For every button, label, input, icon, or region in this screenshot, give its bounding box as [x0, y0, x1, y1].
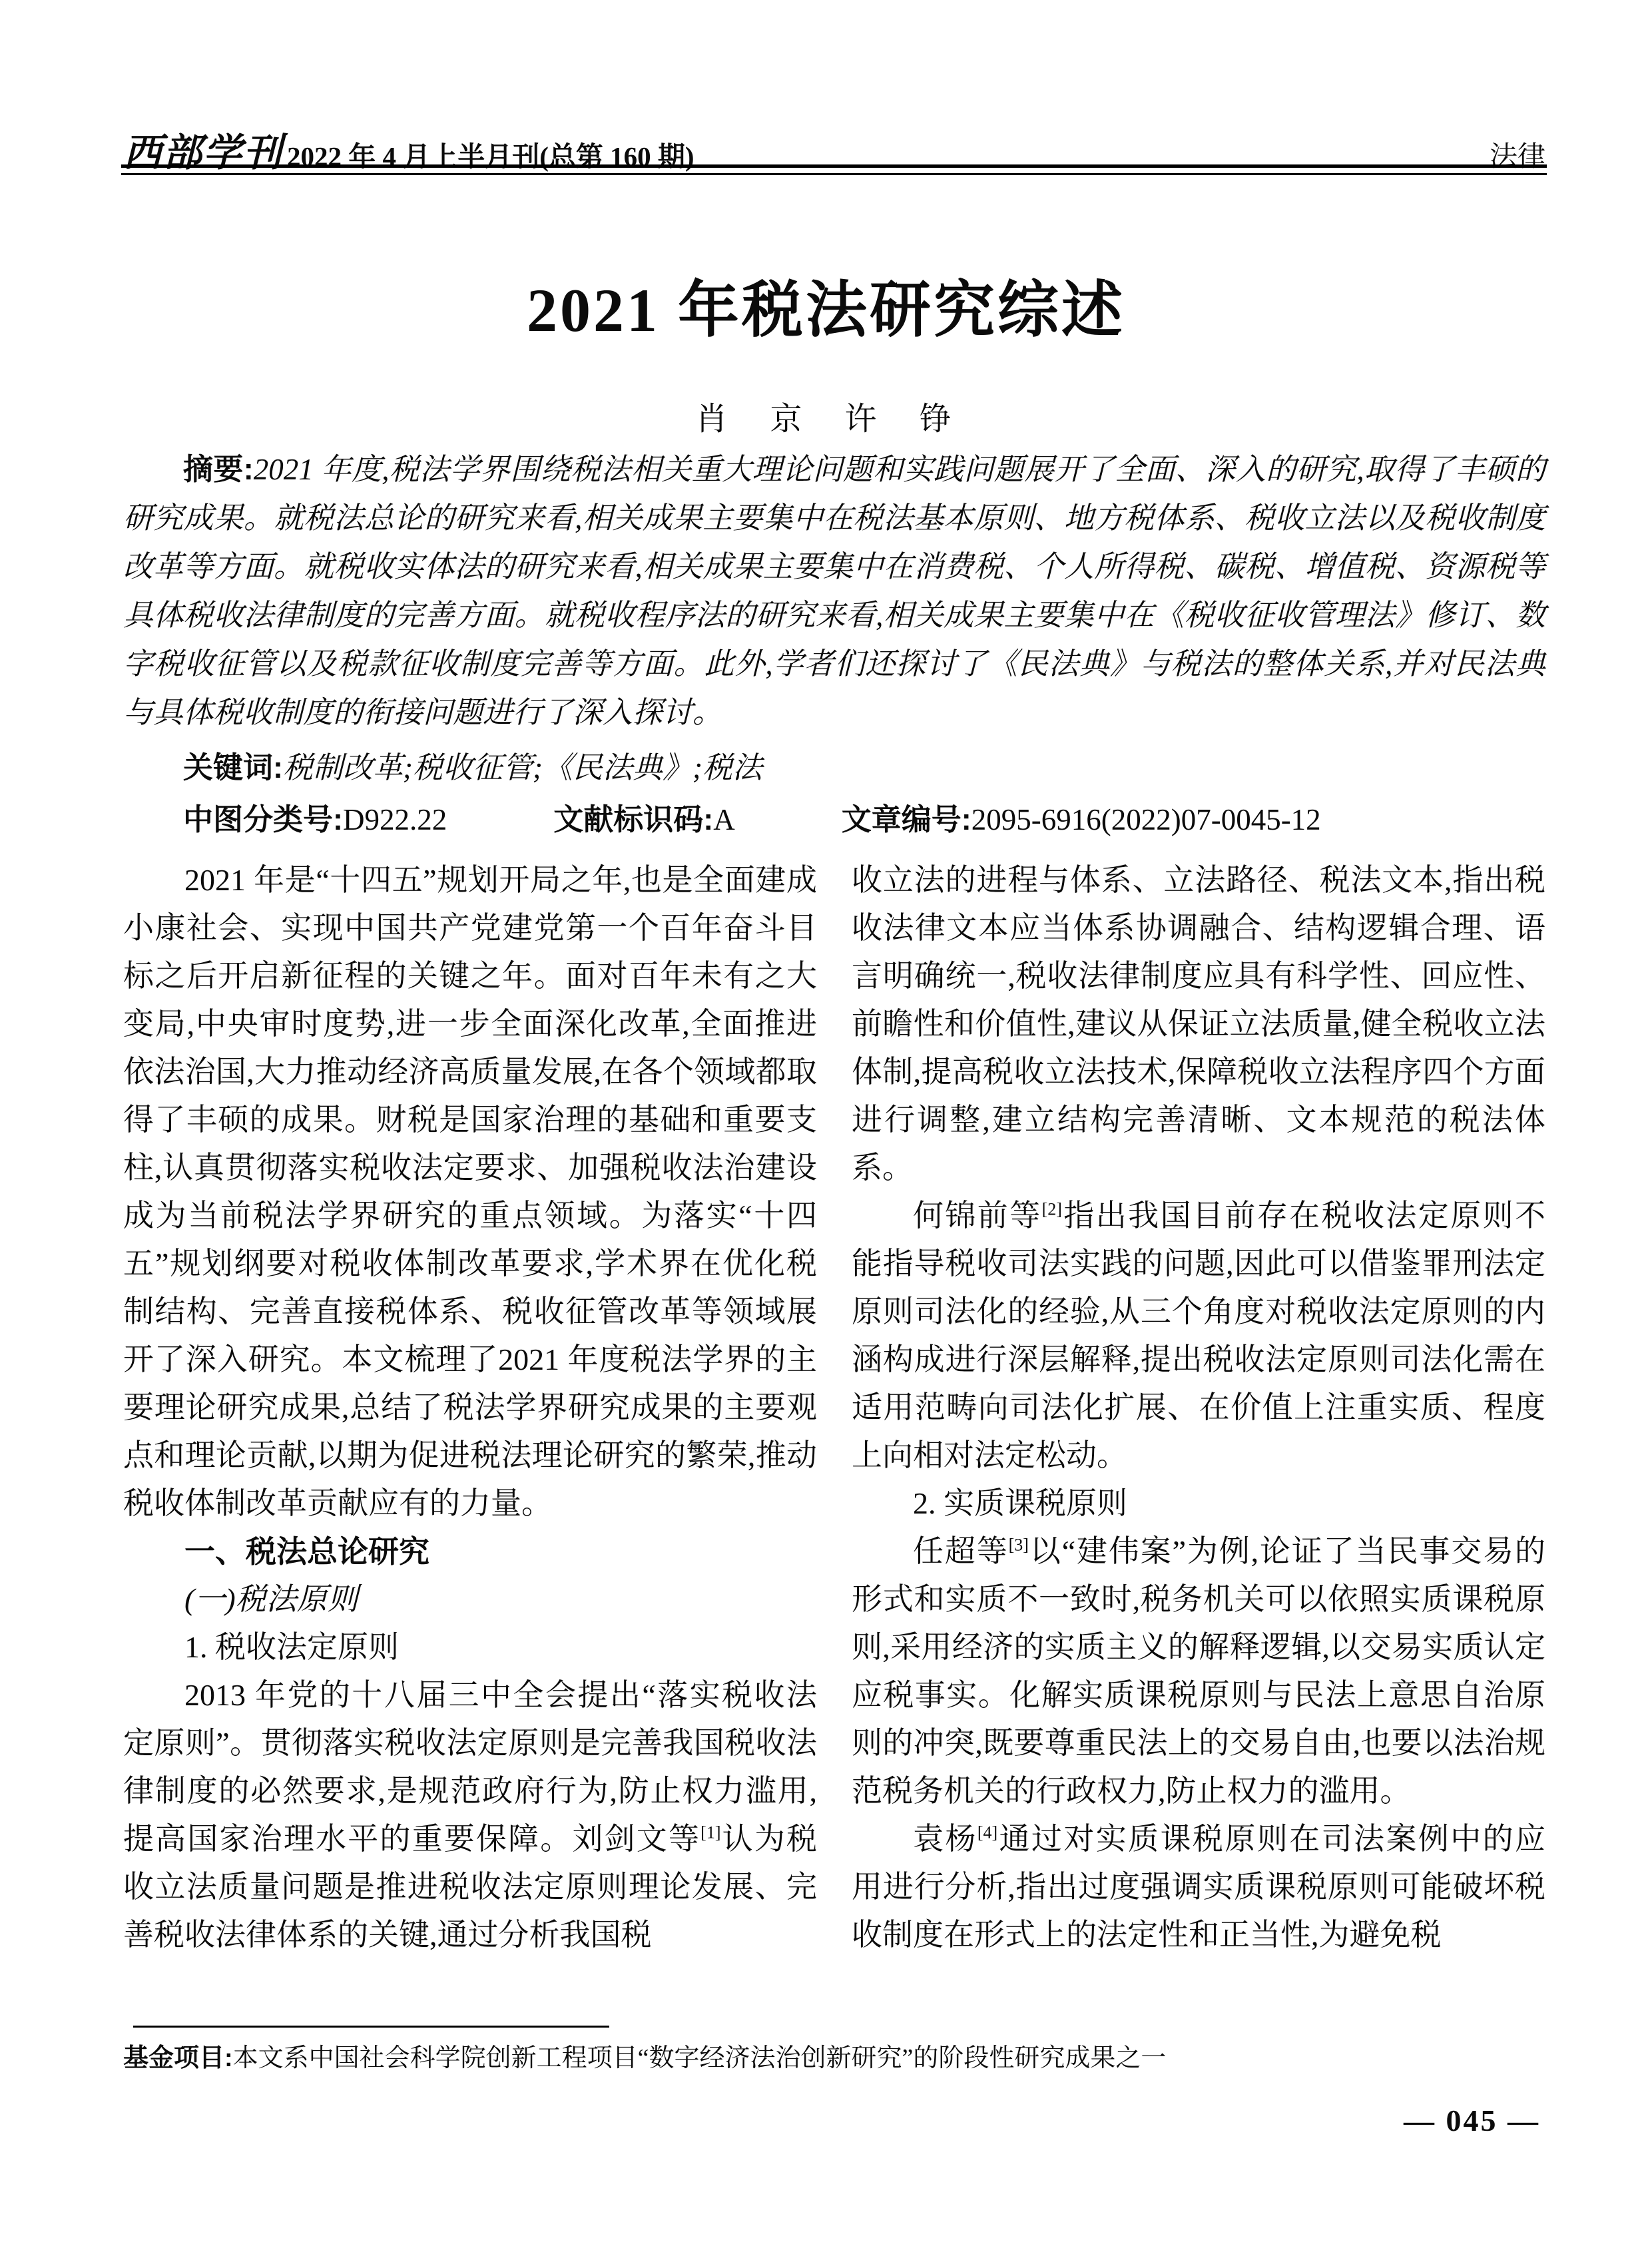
article-id-value: 2095-6916(2022)07-0045-12 [971, 803, 1321, 836]
abstract-label: 摘要: [183, 452, 254, 486]
footnote-label: 基金项目: [123, 2044, 233, 2072]
doc-code-label: 文献标识码: [553, 802, 713, 836]
footnote-divider [133, 2026, 609, 2028]
body-paragraph: 何锦前等[2]指出我国目前存在税收法定原则不能指导税收司法实践的问题,因此可以借… [852, 1192, 1545, 1480]
text-run: 任超等 [913, 1534, 1009, 1568]
citation-ref: [1] [700, 1823, 720, 1842]
article-id-label: 文章编号: [842, 802, 971, 836]
text-run: 2021 年是“十四五”规划开局之年,也是全面建成小康社会、实现中国共产党建党第… [123, 863, 817, 1520]
doc-code-value: A [713, 803, 735, 836]
clc-value: D922.22 [343, 803, 447, 836]
section-heading-level2: (一)税法原则 [123, 1575, 817, 1623]
header-rule [121, 164, 1547, 175]
keywords-text: 税制改革;税收征管;《民法典》;税法 [283, 751, 762, 784]
page-number: — 045 — [1404, 2103, 1540, 2138]
clc-label: 中图分类号: [183, 802, 343, 836]
text-run: 袁杨 [913, 1822, 977, 1856]
body-paragraph: 袁杨[4]通过对实质课税原则在司法案例中的应用进行分析,指出过度强调实质课税原则… [852, 1815, 1545, 1959]
citation-ref: [2] [1042, 1200, 1062, 1219]
meta-line: 中图分类号:D922.22文献标识码:A文章编号:2095-6916(2022)… [123, 795, 1545, 838]
abstract: 摘要:2021 年度,税法学界围绕税法相关重大理论问题和实践问题展开了全面、深入… [123, 445, 1545, 737]
text-run: 指出我国目前存在税收法定原则不能指导税收司法实践的问题,因此可以借鉴罪刑法定原则… [852, 1199, 1545, 1472]
text-run: 何锦前等 [913, 1199, 1042, 1233]
journal-page: 西部学刊 2022 年 4 月上半月刊(总第 160 期) 法律 2021 年税… [0, 0, 1652, 2242]
abstract-text: 2021 年度,税法学界围绕税法相关重大理论问题和实践问题展开了全面、深入的研究… [123, 453, 1545, 729]
body-paragraph: 2021 年是“十四五”规划开局之年,也是全面建成小康社会、实现中国共产党建党第… [123, 856, 817, 1528]
body-paragraph: 任超等[3]以“建伟案”为例,论证了当民事交易的形式和实质不一致时,税务机关可以… [852, 1528, 1545, 1815]
text-run: (一)税法原则 [184, 1582, 358, 1616]
text-run: 1. 税收法定原则 [184, 1630, 399, 1664]
article-title: 2021 年税法研究综述 [0, 261, 1652, 349]
body-columns: 2021 年是“十四五”规划开局之年,也是全面建成小康社会、实现中国共产党建党第… [123, 856, 1545, 1959]
text-run: 一、税法总论研究 [184, 1534, 429, 1569]
authors: 肖 京 许 铮 [0, 393, 1652, 439]
section-heading-level1: 一、税法总论研究 [123, 1528, 817, 1575]
keywords-label: 关键词: [183, 750, 283, 784]
text-run: 2. 实质课税原则 [913, 1486, 1127, 1520]
citation-ref: [4] [977, 1823, 997, 1842]
footnote-text: 本文系中国社会科学院创新工程项目“数字经济法治创新研究”的阶段性研究成果之一 [233, 2044, 1167, 2072]
body-paragraph: 2013 年党的十八届三中全会提出“落实税收法定原则”。贯彻落实税收法定原则是完… [123, 1671, 817, 1959]
keywords-line: 关键词:税制改革;税收征管;《民法典》;税法 [123, 743, 1545, 786]
text-run: 收立法的进程与体系、立法路径、税法文本,指出税收法律文本应当体系协调融合、结构逻… [852, 863, 1545, 1185]
body-paragraph: 收立法的进程与体系、立法路径、税法文本,指出税收法律文本应当体系协调融合、结构逻… [852, 856, 1545, 1192]
section-heading-level3: 1. 税收法定原则 [123, 1623, 817, 1671]
footnote: 基金项目:本文系中国社会科学院创新工程项目“数字经济法治创新研究”的阶段性研究成… [123, 2040, 1545, 2076]
left-column: 2021 年是“十四五”规划开局之年,也是全面建成小康社会、实现中国共产党建党第… [123, 856, 817, 1959]
text-run: 以“建伟案”为例,论证了当民事交易的形式和实质不一致时,税务机关可以依照实质课税… [852, 1534, 1545, 1808]
right-column: 收立法的进程与体系、立法路径、税法文本,指出税收法律文本应当体系协调融合、结构逻… [852, 856, 1545, 1959]
section-heading-level3: 2. 实质课税原则 [852, 1480, 1545, 1528]
citation-ref: [3] [1009, 1536, 1029, 1555]
